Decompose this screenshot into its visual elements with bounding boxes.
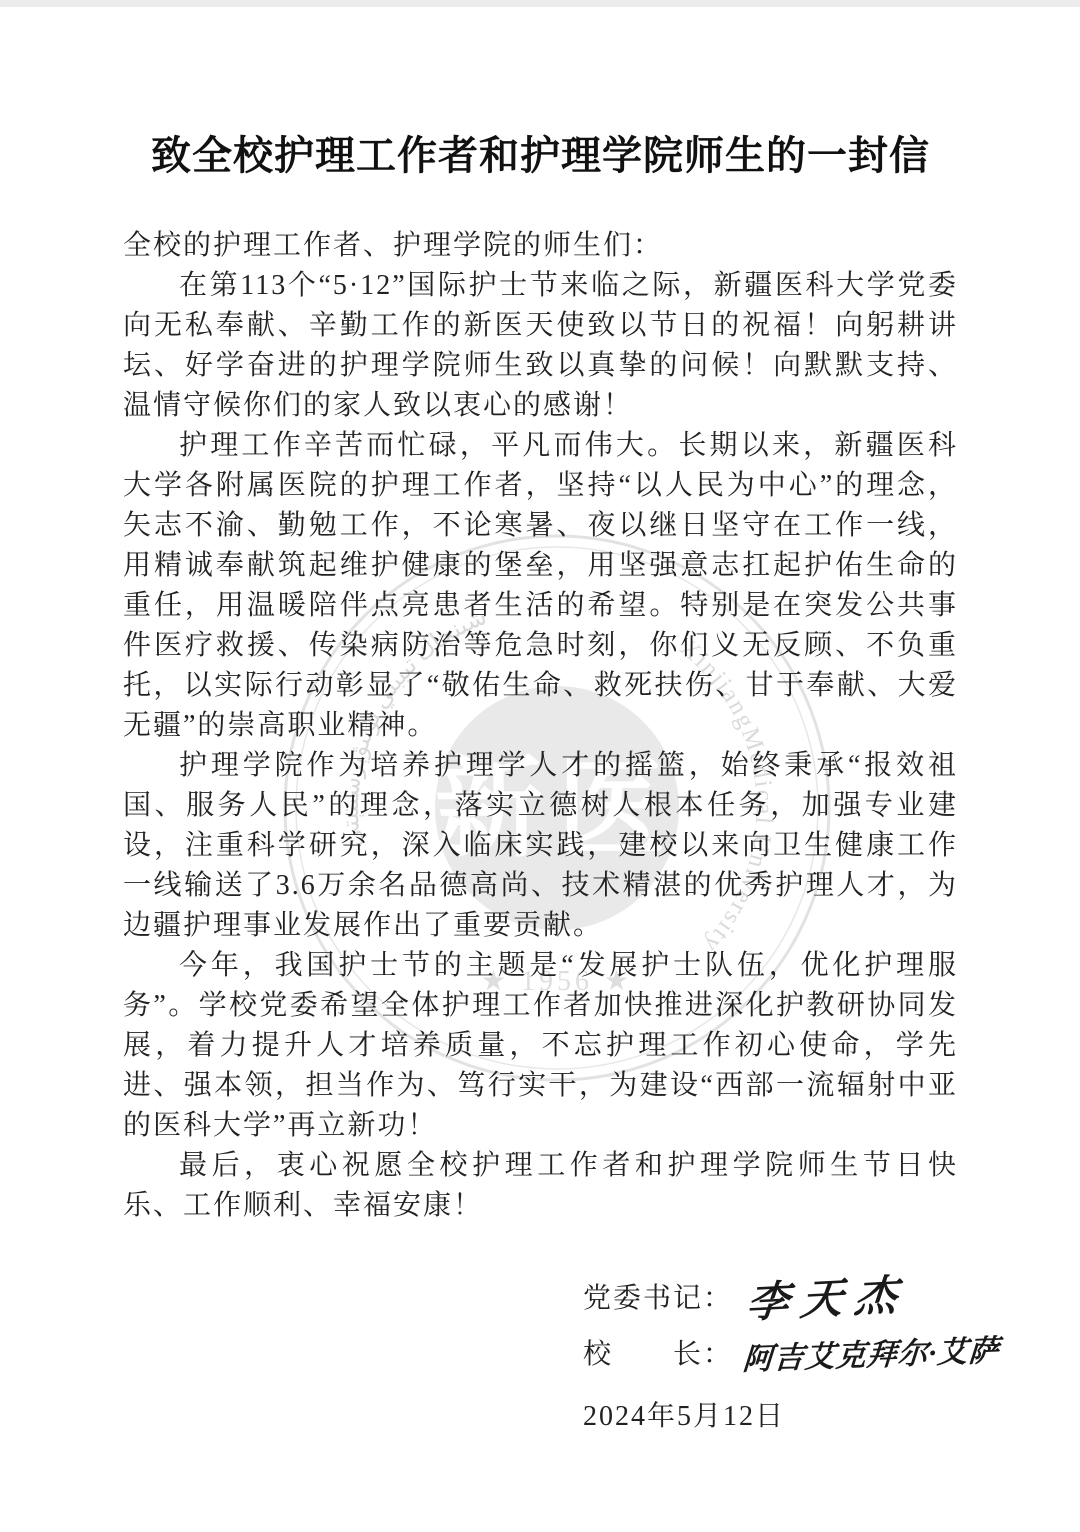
letter-body: 全校的护理工作者、护理学院的师生们： 在第113个“5·12”国际护士节来临之际… (123, 226, 958, 1226)
president-signature-row: 校 长： 阿吉艾克拜尔·艾萨 (583, 1332, 958, 1388)
salutation-line: 全校的护理工作者、护理学院的师生们： (123, 226, 958, 266)
letter-title: 致全校护理工作者和护理学院师生的一封信 (123, 130, 958, 182)
letter-content: 致全校护理工作者和护理学院师生的一封信 全校的护理工作者、护理学院的师生们： 在… (123, 0, 958, 1434)
party-secretary-label: 党委书记： (583, 1276, 733, 1316)
party-secretary-signature-row: 党委书记： 李天杰 (583, 1276, 958, 1332)
body-paragraph-2: 护理工作辛苦而忙碌，平凡而伟大。长期以来，新疆医科大学各附属医院的护理工作者，坚… (123, 426, 958, 746)
president-label: 校 长： (583, 1332, 733, 1372)
body-paragraph-1: 在第113个“5·12”国际护士节来临之际，新疆医科大学党委向无私奉献、辛勤工作… (123, 266, 958, 426)
body-paragraph-5: 最后，衷心祝愿全校护理工作者和护理学院师生节日快乐、工作顺利、幸福安康！ (123, 1146, 958, 1226)
letter-page: شىنجاڭ تىببىي ئۇنىۋېرسىتېتى XinjiangMedi… (0, 0, 1080, 1532)
letter-date: 2024年5月12日 (583, 1394, 958, 1434)
body-paragraph-4: 今年，我国护士节的主题是“发展护士队伍，优化护理服务”。学校党委希望全体护理工作… (123, 946, 958, 1146)
signature-block: 党委书记： 李天杰 校 长： 阿吉艾克拜尔·艾萨 2024年5月12日 (583, 1276, 958, 1434)
party-secretary-handwritten-signature: 李天杰 (744, 1262, 911, 1331)
body-paragraph-3: 护理学院作为培养护理学人才的摇篮，始终秉承“报效祖国、服务人民”的理念，落实立德… (123, 746, 958, 946)
president-handwritten-signature: 阿吉艾克拜尔·艾萨 (742, 1325, 1001, 1378)
